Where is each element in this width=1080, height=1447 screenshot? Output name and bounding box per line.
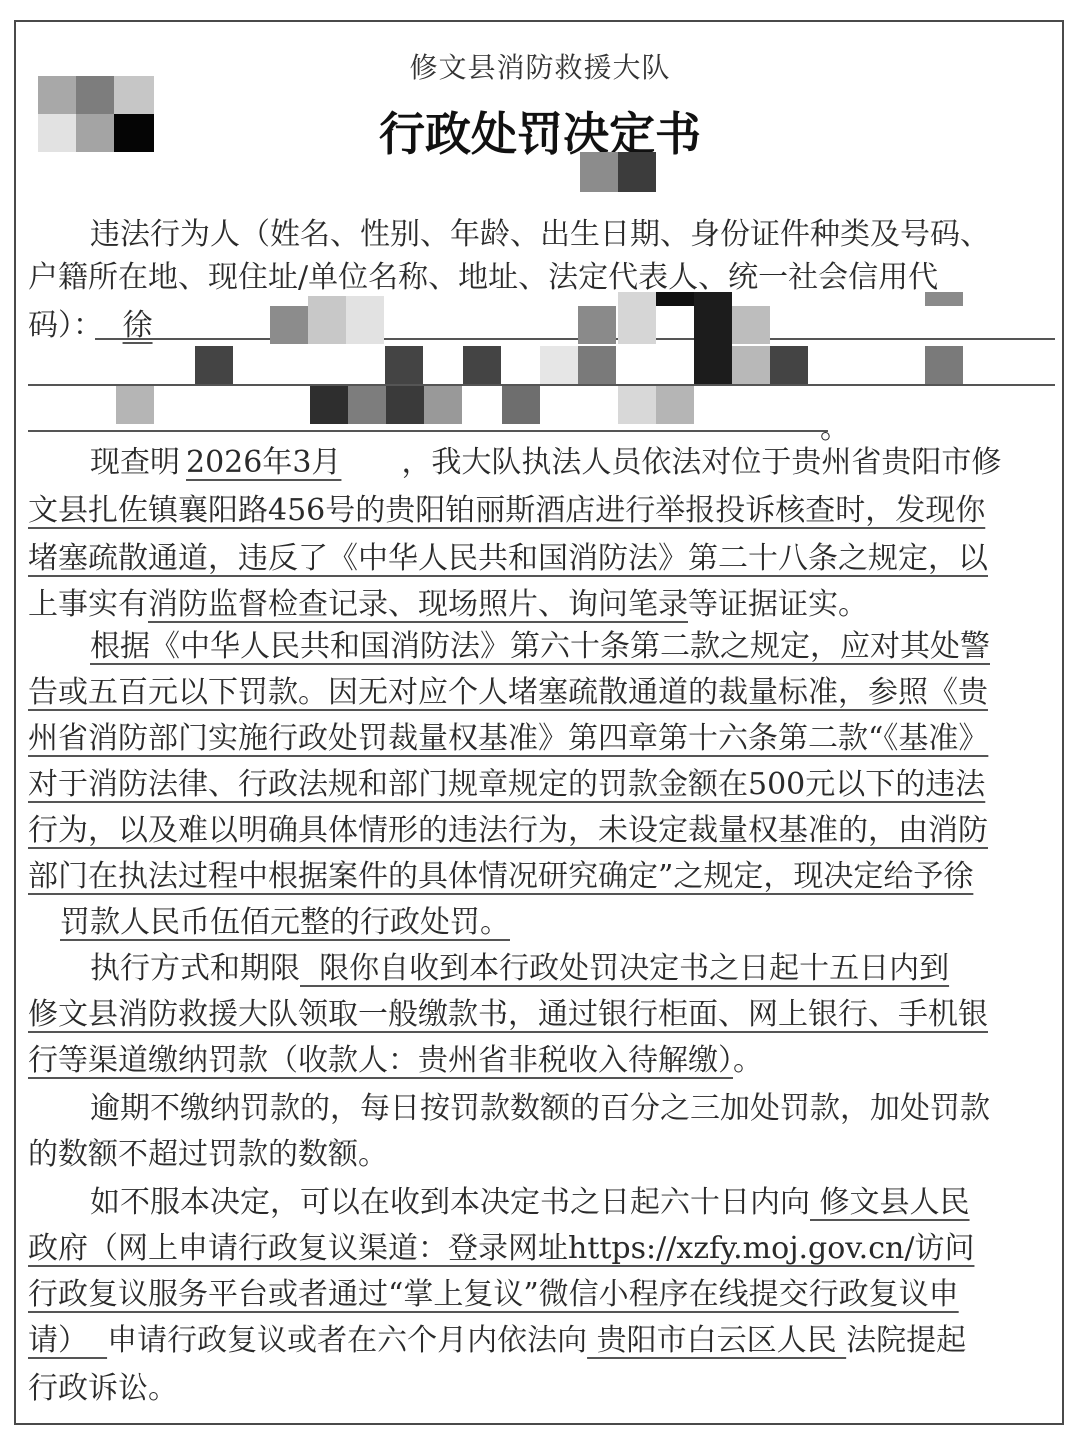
evidence-list: 消防监督检查记录、现场照片、询问笔录	[148, 587, 688, 622]
inspection-date: 2026年3月	[180, 445, 401, 480]
penalty-amount: 罚款人民币伍佰元整的行政处罚。	[60, 905, 510, 940]
appeal-line: 行政诉讼。	[28, 1360, 1055, 1417]
redacted-party-details	[0, 0, 1080, 440]
payee: 行等渠道缴纳罚款（收款人：贵州省非税收入待解缴）	[28, 1043, 733, 1078]
review-authority: 修文县人民	[810, 1185, 970, 1220]
court: 贵阳市白云区人民	[587, 1323, 846, 1358]
review-url[interactable]: 政府（网上申请行政复议渠道：登录网址https://xzfy.moj.gov.c…	[28, 1231, 974, 1266]
